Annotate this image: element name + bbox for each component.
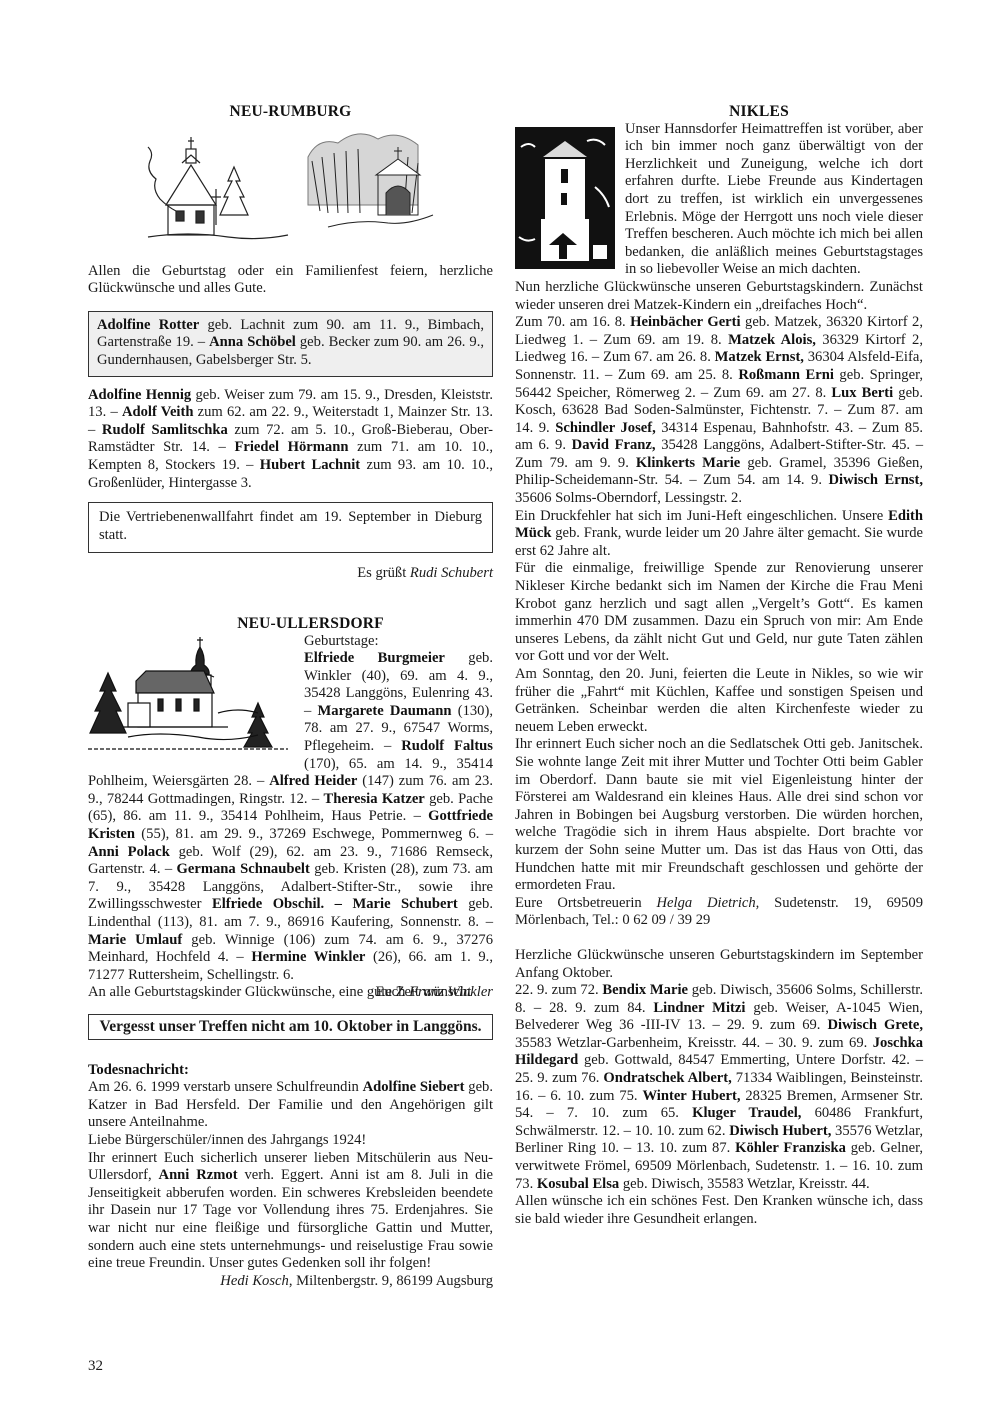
church-feast-paragraph: Am Sonntag, den 20. Juni, feierten die L… (515, 666, 923, 736)
person-name: Adolfine Hennig (88, 387, 191, 403)
person-name: Elfriede Obschil. – Marie Schubert (212, 896, 458, 912)
person-name: Rudolf Faltus (401, 738, 493, 754)
person-name: Lindner Mitzi (653, 1000, 745, 1016)
neu-rumburg-illustrations (88, 121, 493, 263)
highlighted-birthdays-box: Adolfine Rotter geb. Lachnit zum 90. am … (88, 311, 493, 377)
person-name: Anni Rzmot (159, 1167, 238, 1183)
left-column: NEU-RUMBURG (88, 103, 493, 1290)
person-name: Friedel Hörmann (234, 439, 348, 455)
chapel-drawing-icon (298, 127, 440, 245)
person-name: Diwisch Ernst, (829, 472, 923, 488)
person-name: Matzek Ernst, (715, 349, 804, 365)
person-name: Hermine Winkler (251, 949, 365, 965)
person-name: Elfriede Burgmeier (304, 650, 445, 666)
person-name: Bendix Marie (602, 982, 688, 998)
person-name: Germana Schnaubelt (177, 861, 310, 877)
neu-rumburg-intro: Allen die Geburtstag oder ein Familienfe… (88, 263, 493, 298)
person-name: Rudolf Samlitschka (102, 422, 228, 438)
person-name: Anni Polack (88, 844, 170, 860)
person-name: Winter Hubert, (642, 1088, 740, 1104)
neu-ullersdorf-birthdays: Geburtstage: Elfriede Burgmeier geb. Win… (88, 633, 493, 1002)
section2-birthdays: 22. 9. zum 72. Bendix Marie geb. Diwisch… (515, 982, 923, 1193)
person-name: Adolfine Rotter (97, 317, 199, 333)
person-name: Hubert Lachnit (260, 457, 360, 473)
nikles-church-photo-icon (515, 127, 615, 269)
person-name: David Franz, (572, 437, 656, 453)
person-name: Lux Berti (831, 385, 893, 401)
neu-rumburg-signature: Es grüßt Rudi Schubert (88, 565, 493, 583)
donation-thanks: Für die einmalige, freiwillige Spende zu… (515, 560, 923, 666)
person-name: Schindler Josef, (555, 420, 656, 436)
section-title-nikles: NIKLES (515, 103, 923, 121)
person-name: Theresia Katzer (323, 791, 424, 807)
page-number: 32 (88, 1358, 103, 1375)
section-title-neu-rumburg: NEU-RUMBURG (88, 103, 493, 121)
section2-intro: Herzliche Glückwünsche unseren Geburtsta… (515, 947, 923, 982)
person-name: Kluger Traudel, (692, 1105, 801, 1121)
person-name: Margarete Daumann (318, 703, 452, 719)
nikles-birthdays: Zum 70. am 16. 8. Heinbächer Gerti geb. … (515, 314, 923, 508)
nikles-signature: Eure Ortsbetreuerin Helga Dietrich, Sude… (515, 895, 923, 930)
misprint-correction: Ein Druckfehler hat sich im Juni-Heft ei… (515, 508, 923, 561)
person-name: Diwisch Hubert, (729, 1123, 831, 1139)
pilgrimage-notice-box: Die Vertriebenenwallfahrt findet am 19. … (88, 502, 493, 553)
person-name: Matzek Alois, (728, 332, 816, 348)
person-name: Marie Umlauf (88, 932, 182, 948)
right-column: NIKLES Unser Hannsdorfer Heimattreffen i… (515, 103, 923, 1228)
person-name: Diwisch Grete, (827, 1017, 923, 1033)
church-village-drawing-icon (88, 633, 296, 757)
person-name: Kosubal Elsa (537, 1176, 619, 1192)
person-name: Anna Schöbel (209, 334, 296, 350)
person-name: Ondratschek Albert, (603, 1070, 731, 1086)
obituary-heading: Todesnachricht: (88, 1062, 189, 1078)
meeting-reminder-box: Vergesst unser Treffen nicht am 10. Okto… (88, 1014, 493, 1040)
otti-story-paragraph: Ihr erinnert Euch sicher noch an die Sed… (515, 736, 923, 894)
person-name: Klinkerts Marie (636, 455, 740, 471)
person-name: Alfred Heider (269, 773, 357, 789)
section-title-neu-ullersdorf: NEU-ULLERSDORF (88, 615, 493, 633)
nikles-greeting: Nun herzliche Glückwünsche unseren Gebur… (515, 279, 923, 314)
obituary-signature: Hedi Kosch, Miltenbergstr. 9, 86199 Augs… (88, 1273, 493, 1291)
person-name: Roßmann Erni (738, 367, 834, 383)
person-name: Adolfine Siebert (363, 1079, 465, 1095)
person-name: Heinbächer Gerti (630, 314, 740, 330)
person-name: Adolf Veith (122, 404, 194, 420)
obituary-section: Todesnachricht: Am 26. 6. 1999 verstarb … (88, 1062, 493, 1291)
neu-rumburg-birthdays: Adolfine Hennig geb. Weiser zum 79. am 1… (88, 387, 493, 493)
section2-closing: Allen wünsche ich ein schönes Fest. Den … (515, 1193, 923, 1228)
person-name: Köhler Franziska (735, 1140, 846, 1156)
church-drawing-icon (146, 127, 294, 245)
